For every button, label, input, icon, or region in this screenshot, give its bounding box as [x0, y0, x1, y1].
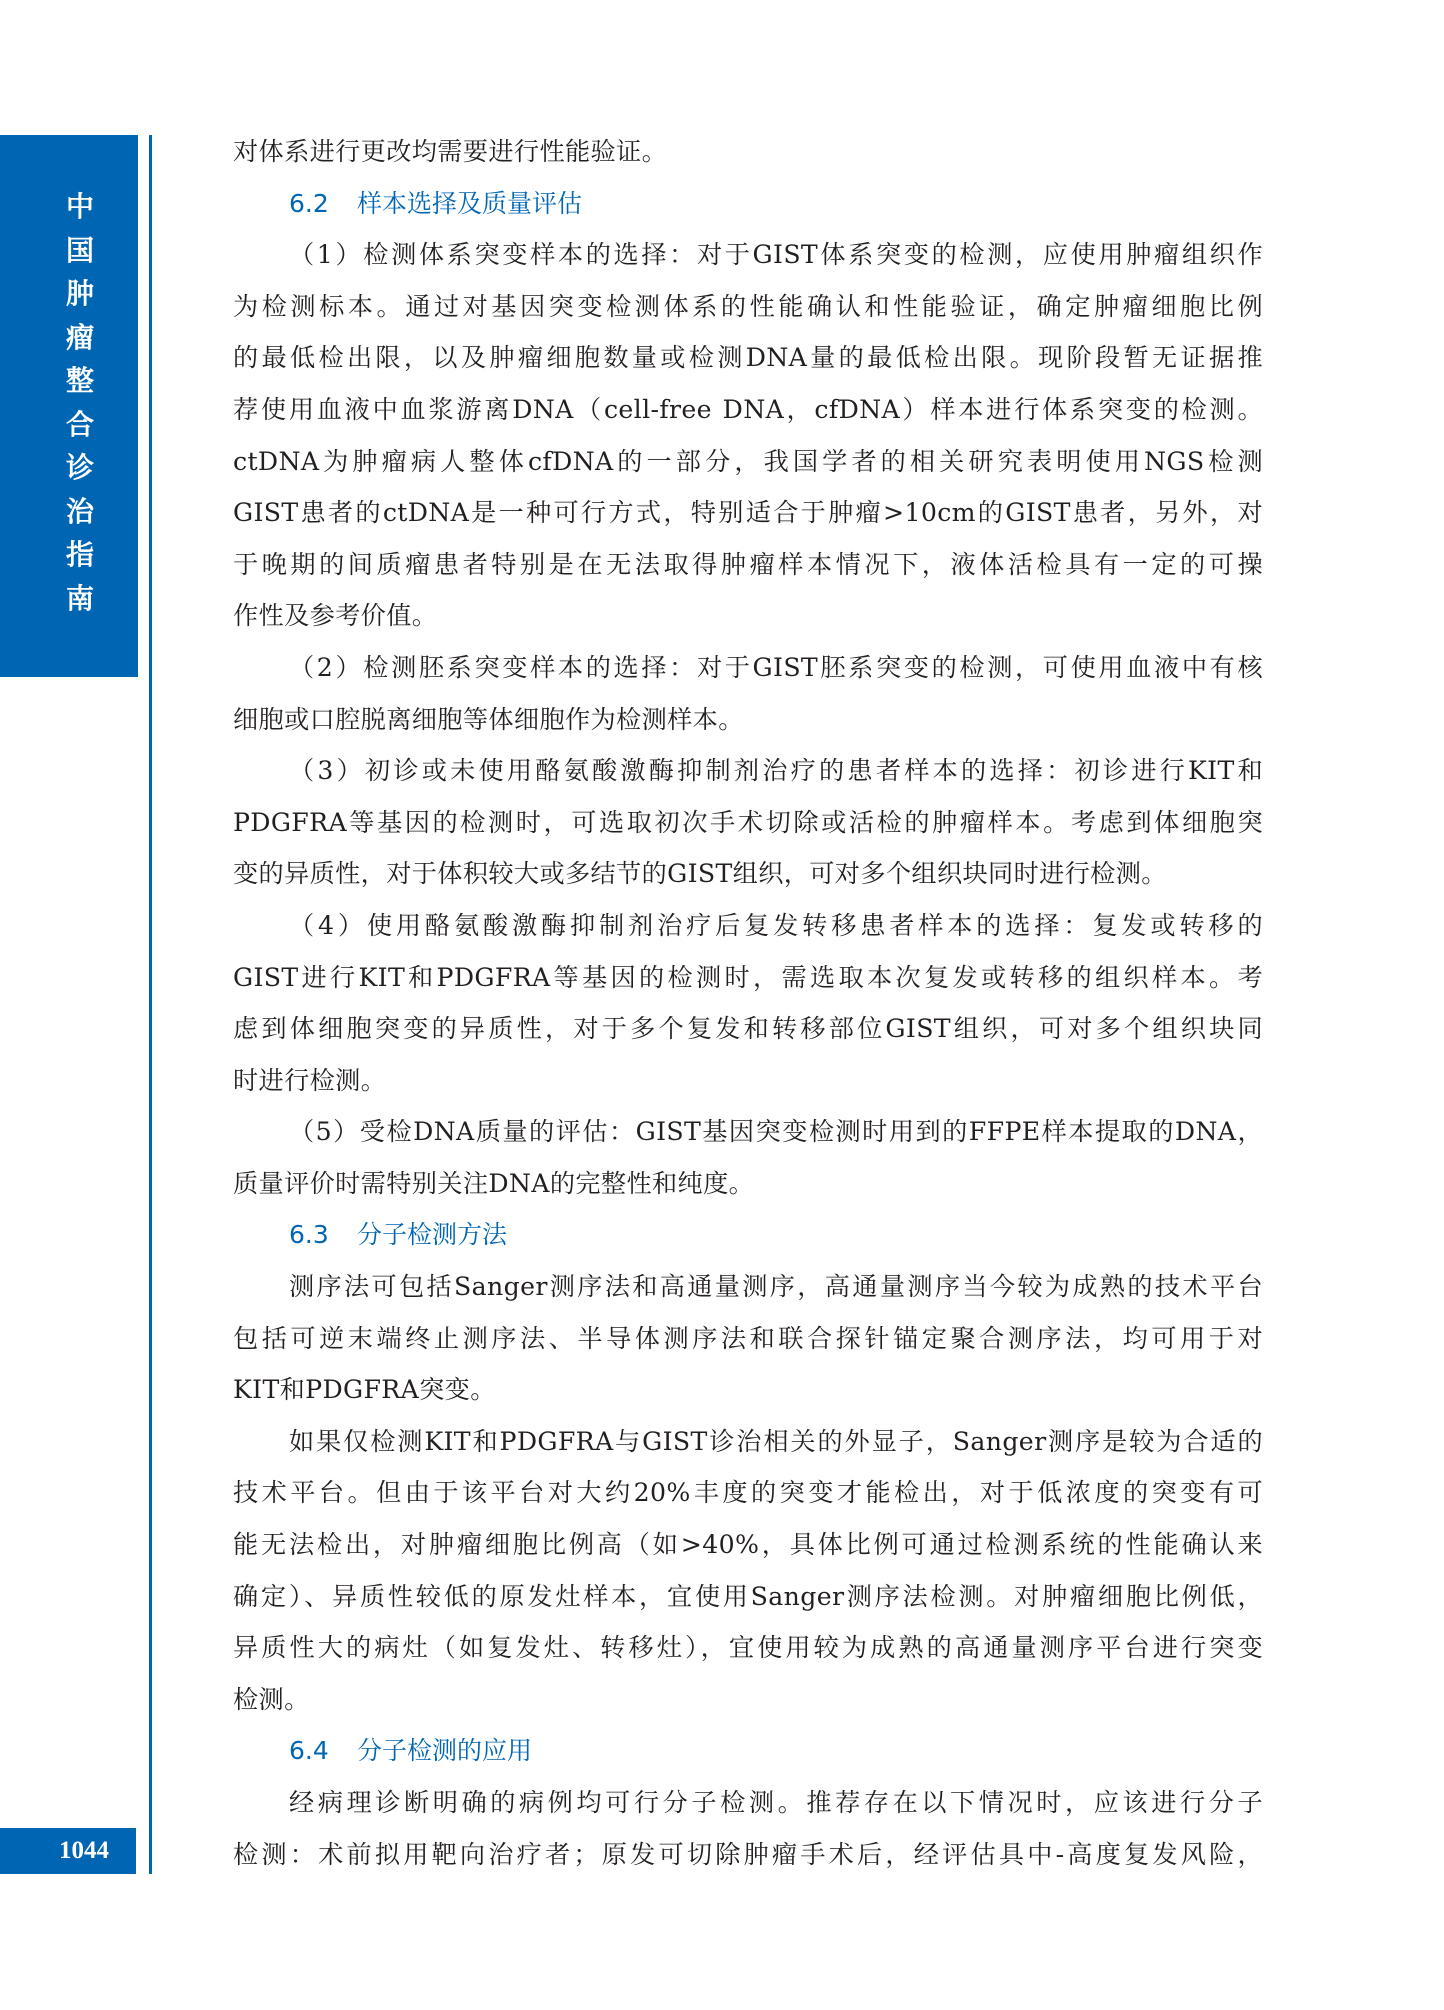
paragraph-line: 细胞或口腔脱离细胞等体细胞作为检测样本。 — [233, 694, 1263, 746]
paragraph-line: 能无法检出，对肿瘤细胞比例高（如>40%，具体比例可通过检测系统的性能确认来 — [233, 1519, 1263, 1571]
page-number-badge: 1044 — [0, 1828, 136, 1874]
paragraph-line: 检测。 — [233, 1674, 1263, 1726]
book-title-char: 国 — [66, 229, 94, 273]
paragraph-line: 包括可逆末端终止测序法、半导体测序法和联合探针锚定聚合测序法，均可用于对 — [233, 1313, 1263, 1365]
paragraph-line: 于晚期的间质瘤患者特别是在无法取得肿瘤样本情况下，液体活检具有一定的可操 — [233, 539, 1263, 591]
paragraph-line: 变的异质性，对于体积较大或多结节的GIST组织，可对多个组织块同时进行检测。 — [233, 848, 1263, 900]
section-number: 6.3 — [289, 1209, 357, 1261]
section-heading: 6.2样本选择及质量评估 — [233, 178, 1263, 230]
body-text: 对体系进行更改均需要进行性能验证。6.2样本选择及质量评估（1）检测体系突变样本… — [233, 126, 1263, 1880]
paragraph-line: 荐使用血液中血浆游离DNA（cell-free DNA，cfDNA）样本进行体系… — [233, 384, 1263, 436]
book-title-char: 中 — [66, 185, 94, 229]
section-number: 6.4 — [289, 1725, 357, 1777]
page-number: 1044 — [59, 1834, 109, 1868]
paragraph-line: GIST患者的ctDNA是一种可行方式，特别适合于肿瘤>10cm的GIST患者，… — [233, 487, 1263, 539]
paragraph-line: 技术平台。但由于该平台对大约20%丰度的突变才能检出，对于低浓度的突变有可 — [233, 1467, 1263, 1519]
book-title-char: 肿 — [66, 272, 94, 316]
book-title-char: 诊 — [66, 446, 94, 490]
section-title: 样本选择及质量评估 — [357, 189, 582, 218]
paragraph-first-line: 如果仅检测KIT和PDGFRA与GIST诊治相关的外显子，Sanger测序是较为… — [233, 1416, 1263, 1468]
paragraph-line: 检测：术前拟用靶向治疗者；原发可切除肿瘤手术后，经评估具中-高度复发风险， — [233, 1829, 1263, 1881]
section-number: 6.2 — [289, 178, 357, 230]
paragraph-first-line: （3）初诊或未使用酪氨酸激酶抑制剂治疗的患者样本的选择：初诊进行KIT和 — [233, 745, 1263, 797]
paragraph-line: 时进行检测。 — [233, 1055, 1263, 1107]
paragraph-line: PDGFRA等基因的检测时，可选取初次手术切除或活检的肿瘤样本。考虑到体细胞突 — [233, 797, 1263, 849]
paragraph-first-line: （4）使用酪氨酸激酶抑制剂治疗后复发转移患者样本的选择：复发或转移的 — [233, 900, 1263, 952]
paragraph-line: 异质性大的病灶（如复发灶、转移灶），宜使用较为成熟的高通量测序平台进行突变 — [233, 1622, 1263, 1674]
paragraph-first-line: （2）检测胚系突变样本的选择：对于GIST胚系突变的检测，可使用血液中有核 — [233, 642, 1263, 694]
book-title-char: 指 — [66, 533, 94, 577]
section-title: 分子检测的应用 — [357, 1736, 532, 1765]
paragraph-line: ctDNA为肿瘤病人整体cfDNA的一部分，我国学者的相关研究表明使用NGS检测 — [233, 436, 1263, 488]
paragraph-first-line: （5）受检DNA质量的评估：GIST基因突变检测时用到的FFPE样本提取的DNA… — [233, 1106, 1263, 1158]
paragraph-line: 为检测标本。通过对基因突变检测体系的性能确认和性能验证，确定肿瘤细胞比例 — [233, 281, 1263, 333]
paragraph-line: 确定）、异质性较低的原发灶样本，宜使用Sanger测序法检测。对肿瘤细胞比例低， — [233, 1571, 1263, 1623]
paragraph-line: 虑到体细胞突变的异质性，对于多个复发和转移部位GIST组织，可对多个组织块同 — [233, 1003, 1263, 1055]
paragraph-first-line: 测序法可包括Sanger测序法和高通量测序，高通量测序当今较为成熟的技术平台 — [233, 1261, 1263, 1313]
paragraph-line: GIST进行KIT和PDGFRA等基因的检测时，需选取本次复发或转移的组织样本。… — [233, 952, 1263, 1004]
paragraph-first-line: （1）检测体系突变样本的选择：对于GIST体系突变的检测，应使用肿瘤组织作 — [233, 229, 1263, 281]
paragraph-line: 对体系进行更改均需要进行性能验证。 — [233, 126, 1263, 178]
section-heading: 6.3分子检测方法 — [233, 1209, 1263, 1261]
section-title: 分子检测方法 — [357, 1220, 507, 1249]
book-title-char: 治 — [66, 490, 94, 534]
paragraph-line: 作性及参考价值。 — [233, 590, 1263, 642]
book-title-char: 南 — [66, 577, 94, 621]
paragraph-line: 质量评价时需特别关注DNA的完整性和纯度。 — [233, 1158, 1263, 1210]
book-title-char: 整 — [66, 359, 94, 403]
margin-rule — [149, 135, 152, 1874]
paragraph-line: KIT和PDGFRA突变。 — [233, 1364, 1263, 1416]
book-title-char: 瘤 — [66, 316, 94, 360]
section-heading: 6.4分子检测的应用 — [233, 1725, 1263, 1777]
paragraph-line: 的最低检出限，以及肿瘤细胞数量或检测DNA量的最低检出限。现阶段暂无证据推 — [233, 332, 1263, 384]
paragraph-first-line: 经病理诊断明确的病例均可行分子检测。推荐存在以下情况时，应该进行分子 — [233, 1777, 1263, 1829]
book-title-vertical: 中 国 肿 瘤 整 合 诊 治 指 南 — [60, 185, 100, 620]
book-title-char: 合 — [66, 403, 94, 447]
